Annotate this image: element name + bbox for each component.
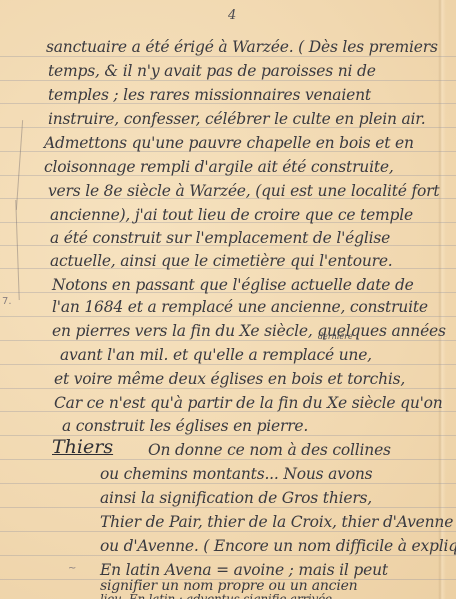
- ruled-line: [0, 483, 456, 484]
- ruled-line: [0, 507, 456, 508]
- margin-mark: ~: [68, 563, 76, 574]
- page-number: 4: [228, 8, 236, 23]
- ruled-line: [0, 531, 456, 532]
- text-line: actuelle, ainsi que le cimetière qui l'e…: [50, 252, 393, 270]
- ruled-line: [0, 459, 456, 460]
- section-heading: Thiers: [52, 436, 113, 458]
- text-line: On donne ce nom à des collines: [148, 441, 391, 459]
- text-line: en pierres vers la fin du Xe siècle, que…: [52, 322, 446, 340]
- ruled-line: [0, 364, 456, 365]
- text-line: Admettons qu'une pauvre chapelle en bois…: [44, 134, 414, 152]
- text-line: lieu. En latin : adventus signifie arriv…: [100, 592, 336, 599]
- text-line: En latin Avena = avoine ; mais il peut: [100, 561, 388, 579]
- margin-pencil-line: [15, 200, 19, 300]
- margin-pencil-line: [16, 120, 23, 210]
- text-line: vers le 8e siècle à Warzée, (qui est une…: [48, 182, 439, 200]
- text-line: ou d'Avenne. ( Encore un nom difficile à…: [100, 537, 456, 555]
- ruled-line: [0, 56, 456, 57]
- text-line: a été construit sur l'emplacement de l'é…: [50, 229, 390, 247]
- text-line: a construit les églises en pierre.: [62, 417, 308, 435]
- ruled-line: [0, 555, 456, 556]
- text-line: ou chemins montants... Nous avons: [100, 465, 372, 483]
- ruled-line: [0, 316, 456, 317]
- text-line: Car ce n'est qu'à partir de la fin du Xe…: [54, 394, 443, 412]
- margin-mark: 7.: [2, 296, 12, 307]
- text-line: ancienne), j'ai tout lieu de croire que …: [50, 206, 413, 224]
- text-line: sanctuaire a été érigé à Warzée. ( Dès l…: [46, 38, 438, 56]
- ruled-line: [0, 340, 456, 341]
- text-line: et voire même deux églises en bois et to…: [54, 370, 405, 388]
- text-line: temps, & il n'y avait pas de paroisses n…: [48, 62, 376, 80]
- text-line: ainsi la signification de Gros thiers,: [100, 489, 372, 507]
- text-line: Notons en passant que l'église actuelle …: [52, 276, 414, 294]
- text-line: Thier de Pair, thier de la Croix, thier …: [100, 513, 453, 531]
- text-line: avant l'an mil. et qu'elle a remplacé un…: [60, 346, 372, 364]
- text-line: cloisonnage rempli d'argile ait été cons…: [44, 158, 394, 176]
- text-line: instruire, confesser, célébrer le culte …: [48, 110, 426, 128]
- interlinear-note: dernière: [318, 332, 353, 341]
- ruled-line: [0, 80, 456, 81]
- ruled-line: [0, 388, 456, 389]
- manuscript-page: 4 sanctuaire a été érigé à Warzée. ( Dès…: [0, 0, 456, 599]
- text-line: temples ; les rares missionnaires venaie…: [48, 86, 371, 104]
- text-line: l'an 1684 et a remplacé une ancienne, co…: [52, 298, 428, 316]
